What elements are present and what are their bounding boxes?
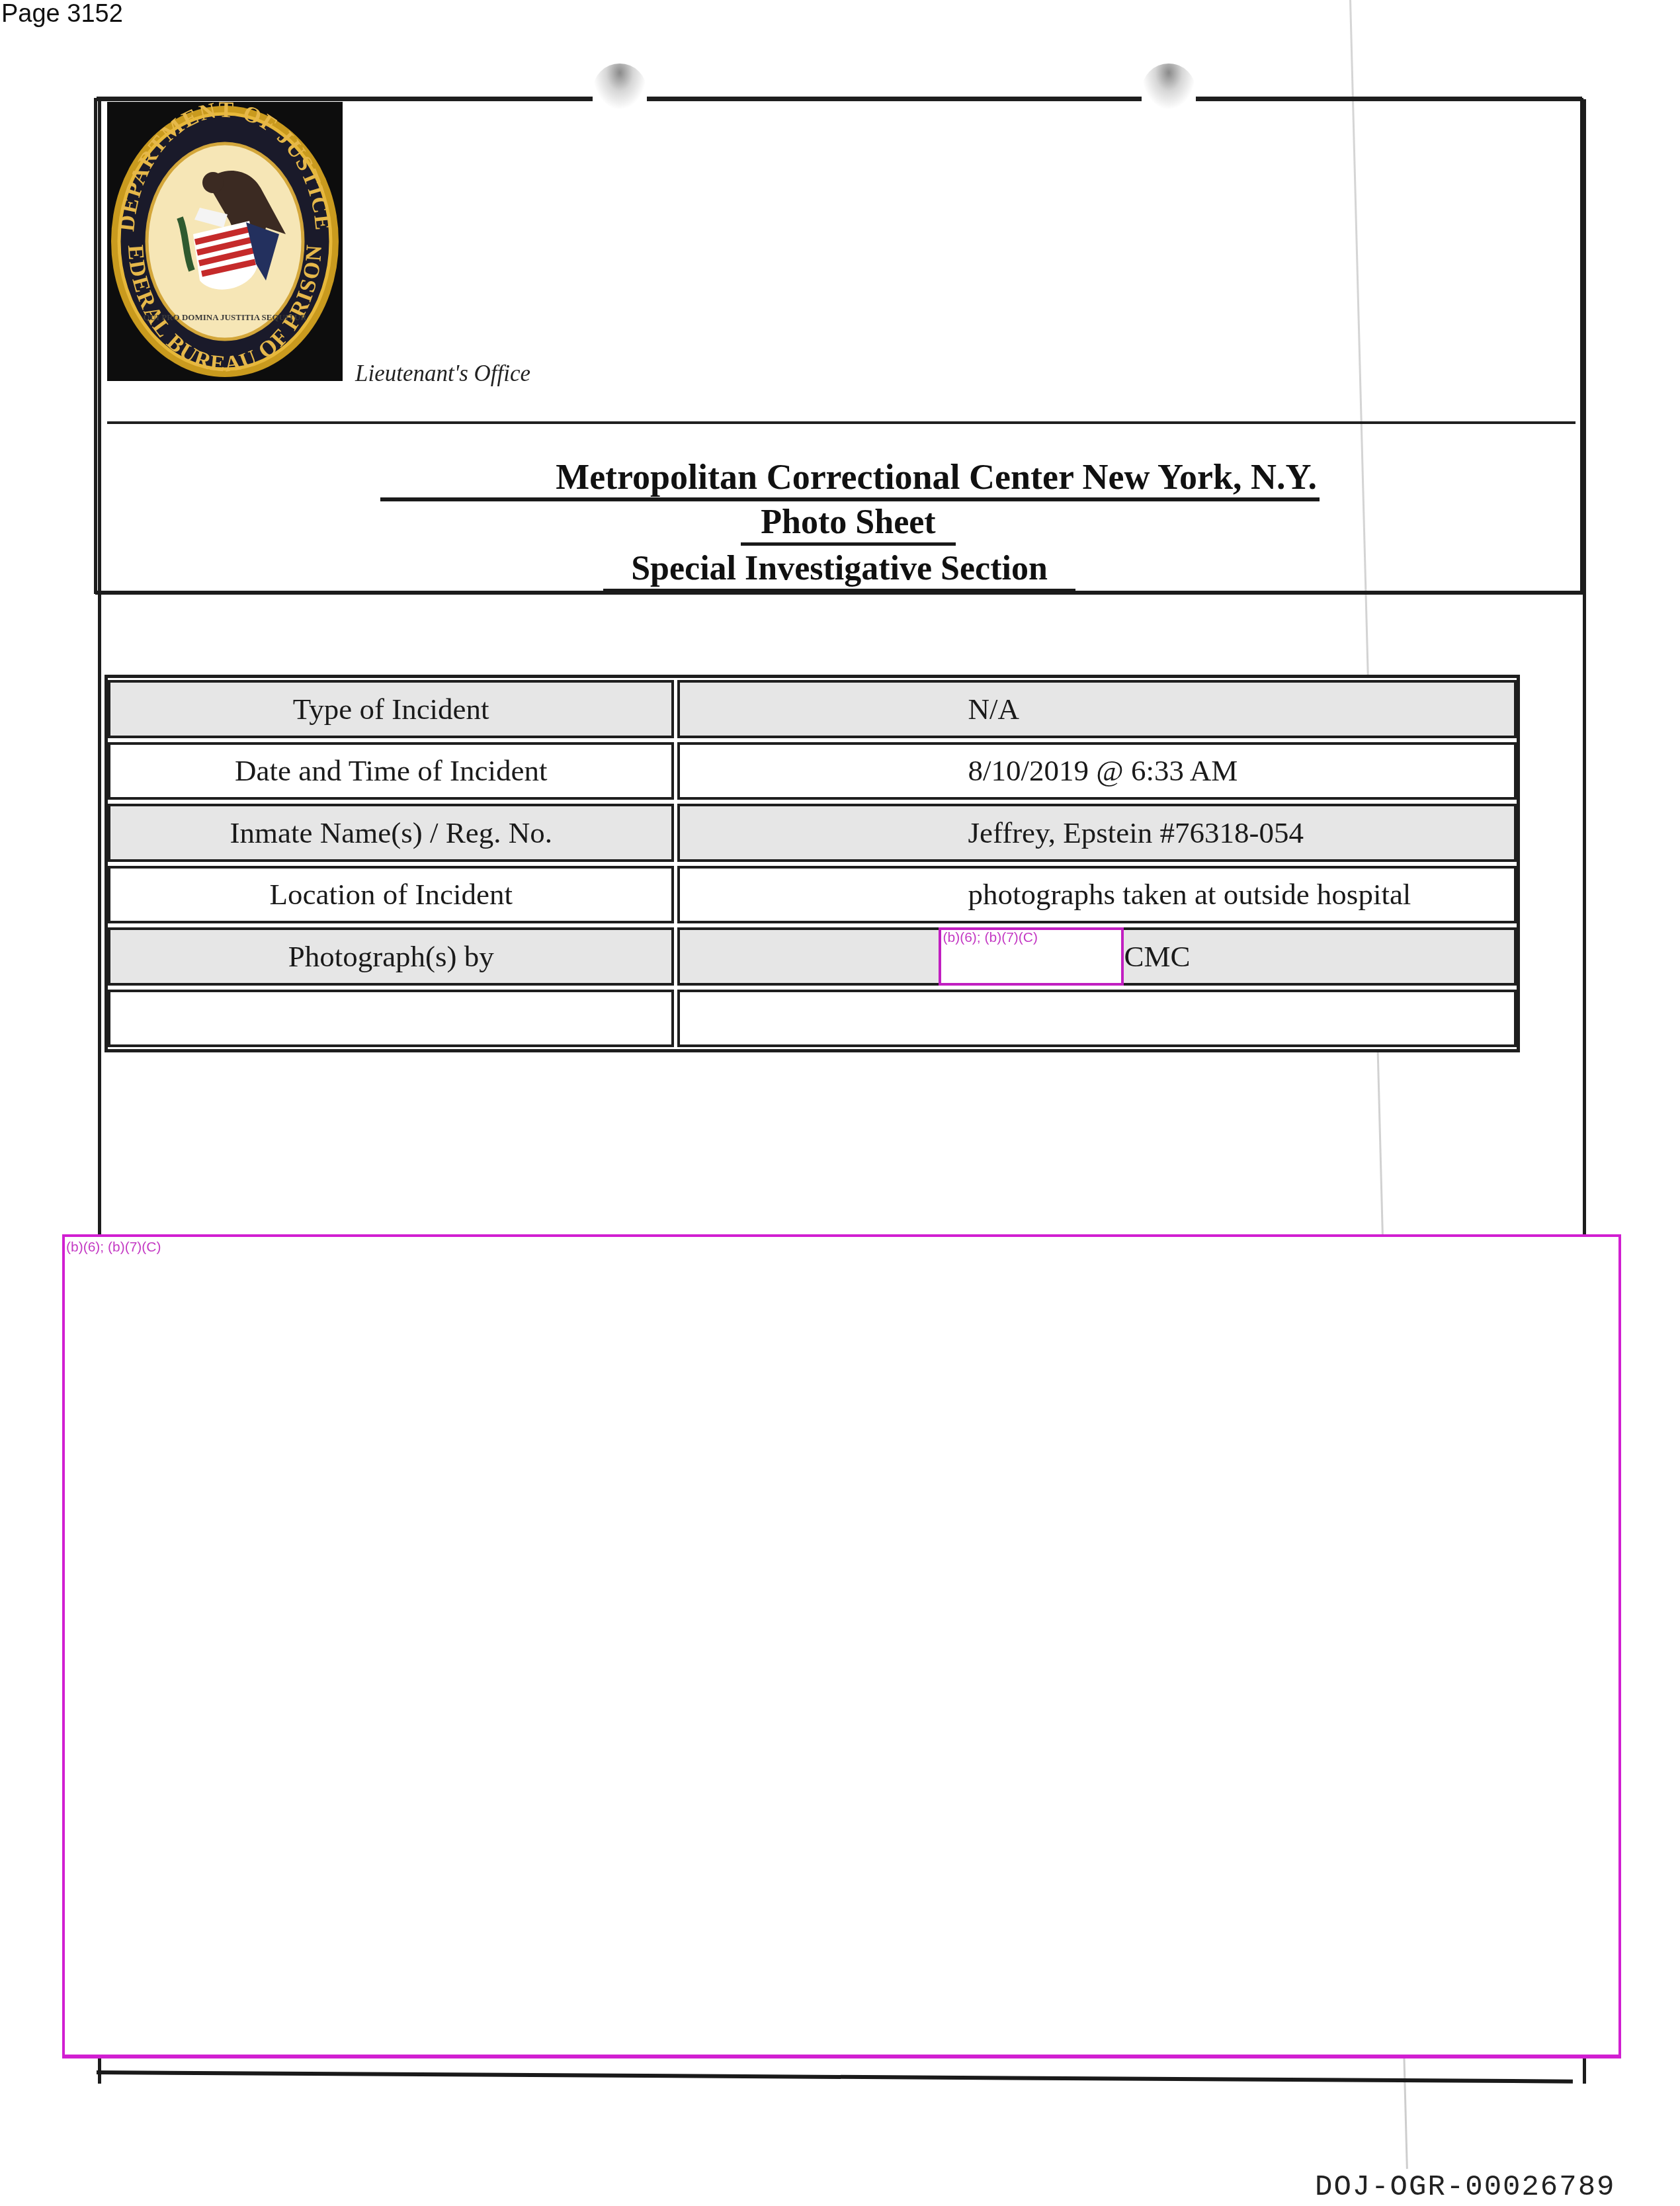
- row-value: N/A: [677, 680, 1517, 738]
- table-row: Type of Incident N/A: [108, 678, 1517, 740]
- row-label: [108, 990, 674, 1048]
- table-row: Location of Incident photographs taken a…: [108, 864, 1517, 926]
- table-row: Date and Time of Incident 8/10/2019 @ 6:…: [108, 740, 1517, 802]
- redaction-code: (b)(6); (b)(7)(C): [943, 930, 1037, 946]
- table-row: Photograph(s) by (b)(6); (b)(7)(C) CMC: [108, 925, 1517, 988]
- row-label: Date and Time of Incident: [108, 742, 674, 800]
- row-value: photographs taken at outside hospital: [677, 866, 1517, 924]
- photographer-suffix: CMC: [1124, 939, 1190, 974]
- incident-info-table: Type of Incident N/A Date and Time of In…: [105, 675, 1520, 1052]
- photo-redaction-box: (b)(6); (b)(7)(C): [62, 1234, 1621, 2058]
- office-label: Lieutenant's Office: [355, 361, 530, 387]
- row-value: (b)(6); (b)(7)(C) CMC: [677, 927, 1517, 986]
- row-label: Photograph(s) by: [108, 927, 674, 986]
- photographer-redaction-box: (b)(6); (b)(7)(C): [939, 927, 1124, 986]
- facility-title: Metropolitan Correctional Center New Yor…: [380, 456, 1320, 501]
- sheet-title: Photo Sheet: [741, 503, 956, 546]
- bates-number: DOJ-OGR-00026789: [1315, 2171, 1615, 2204]
- row-value: [677, 990, 1517, 1048]
- doj-bop-seal-icon: DEPARTMENT OF JUSTICE FEDERAL BUREAU OF …: [107, 102, 343, 381]
- table-row: Inmate Name(s) / Reg. No. Jeffrey, Epste…: [108, 802, 1517, 864]
- redaction-code: (b)(6); (b)(7)(C): [66, 1240, 161, 1255]
- header-divider: [107, 421, 1575, 424]
- row-value: Jeffrey, Epstein #76318-054: [677, 804, 1517, 862]
- section-title: Special Investigative Section: [603, 549, 1075, 592]
- row-label: Type of Incident: [108, 680, 674, 738]
- page-label: Page 3152: [1, 0, 123, 28]
- row-label: Inmate Name(s) / Reg. No.: [108, 804, 674, 862]
- row-value: 8/10/2019 @ 6:33 AM: [677, 742, 1517, 800]
- svg-text:QUI PRO DOMINA JUSTITIA SEQUIT: QUI PRO DOMINA JUSTITIA SEQUITUR: [143, 312, 307, 322]
- row-label: Location of Incident: [108, 866, 674, 924]
- table-row: [108, 988, 1517, 1050]
